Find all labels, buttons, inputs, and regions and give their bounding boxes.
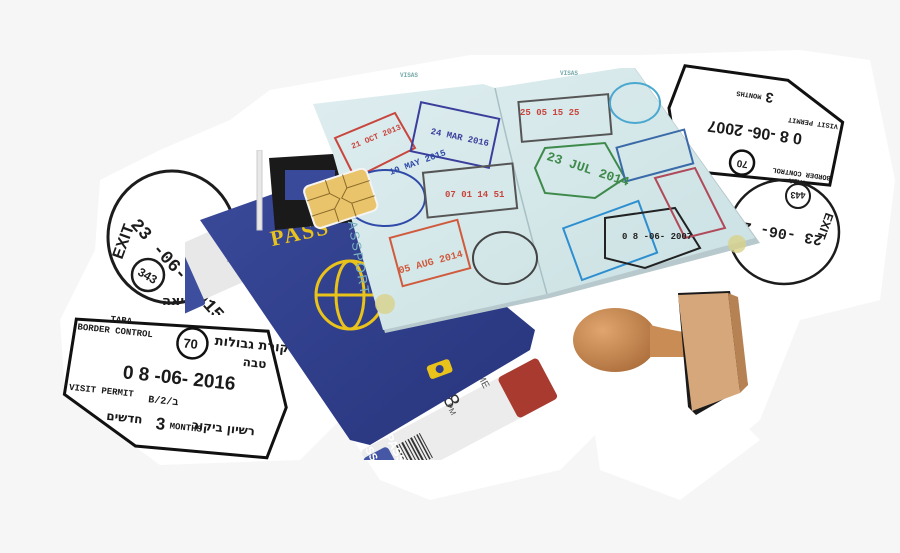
svg-text:343: 343 bbox=[135, 265, 160, 287]
visa-stamp-paris: 07 01 14 51 bbox=[445, 190, 504, 200]
travel-collage: 343 EXIT 23 -06- 2015 יציאה TABA BORDER … bbox=[0, 0, 900, 553]
sim-card bbox=[302, 168, 382, 230]
visa-stamp-amsterdam: 25 05 15 25 bbox=[520, 108, 579, 118]
visa-page-header-left: VISAS bbox=[400, 72, 418, 79]
wooden-rubber-stamp bbox=[570, 285, 755, 420]
visa-page-header-right: VISAS bbox=[560, 70, 578, 77]
visa-stamp-border: 0 8 -06- 2007 bbox=[622, 232, 692, 242]
svg-text:443: 443 bbox=[790, 190, 805, 200]
